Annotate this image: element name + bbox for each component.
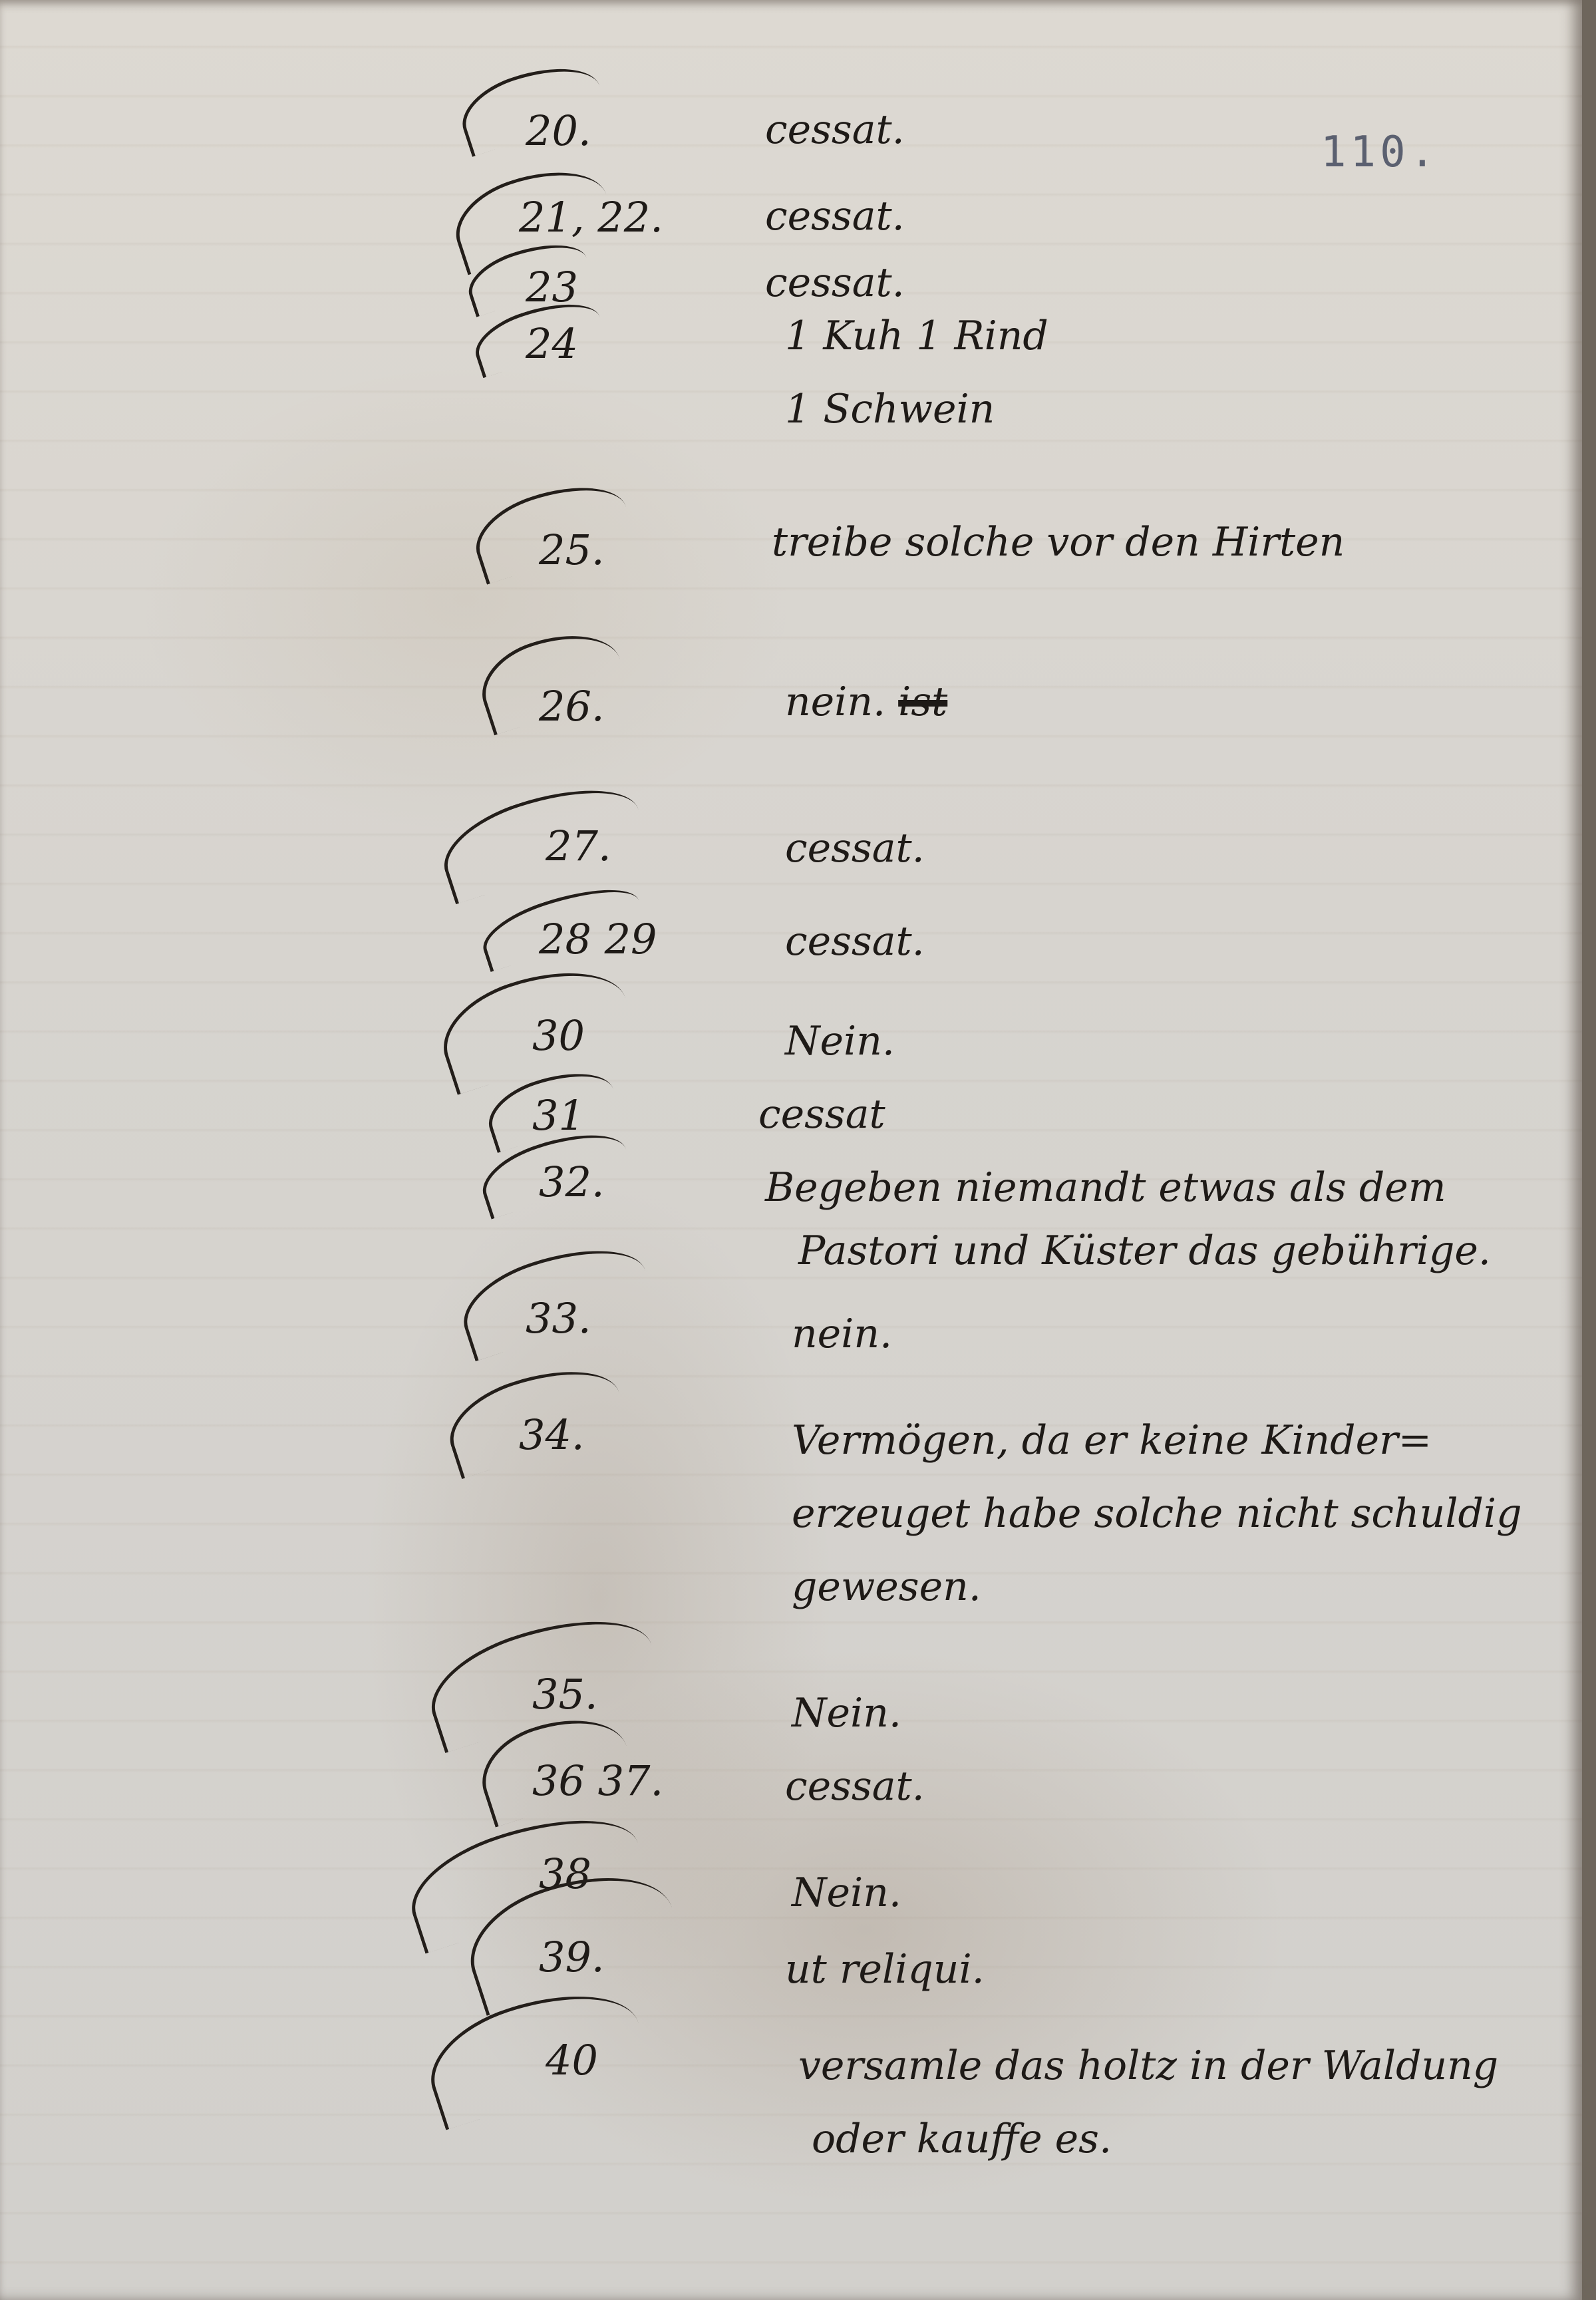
entry-number: 27. [546,822,611,870]
entry-number: 24 [526,319,578,368]
entry-text-line-2: Pastori und Küster das gebührige. [798,1214,1491,1287]
entry-number: 31 [532,1091,585,1140]
entry-number: 32. [539,1158,605,1206]
entry-number: 36 37. [532,1756,663,1805]
entry-number: 25. [539,526,605,574]
page-number: 110. [1321,128,1439,177]
entry-number: 40 [546,2036,598,2084]
entry-number: 26. [539,682,605,731]
entry-text: ut reliqui. [785,1933,985,2006]
number-swash-icon [432,769,649,905]
entry-text: cessat [758,1078,885,1151]
entry-text-line-2: 1 Schwein [785,373,995,446]
entry-number: 28 29 [539,915,657,963]
entry-text-line-3: gewesen. [792,1550,981,1623]
entry-number: 21, 22. [519,193,663,242]
entry-text-line-2: oder kauffe es. [812,2102,1112,2176]
entry-text: cessat. [785,905,925,978]
entry-number: 35. [532,1670,598,1719]
entry-number: 34. [519,1410,585,1459]
entry-text: cessat. [765,93,905,166]
entry-number: 33. [526,1294,591,1343]
entry-text: cessat. [765,180,905,253]
entry-number: 39. [539,1933,605,1981]
entry-text: Nein. [792,1856,901,1929]
entry-number: 20. [526,106,591,155]
entry-text: 1 Kuh 1 Rind [785,299,1048,373]
entry-text: cessat. [785,812,925,885]
entry-text: Vermögen, da er keine Kinder= [792,1404,1432,1477]
entry-text: nein. ist [785,665,947,739]
entry-text: versamle das holtz in der Waldung [798,2029,1498,2102]
entry-number: 30 [532,1011,585,1060]
entry-text: cessat. [785,1750,925,1823]
entry-text: Nein. [792,1677,901,1750]
manuscript-page: 110. 20. cessat. 21, 22. cessat. 23 cess… [0,0,1582,2300]
entry-text: nein. [792,1297,892,1371]
entry-text-line-2: erzeuget habe solche nicht schuldig [792,1477,1522,1550]
entry-text: treibe solche vor den Hirten [772,506,1345,579]
entry-text-main: nein. [785,679,885,725]
entry-text: Nein. [785,1005,895,1078]
struck-text: ist [898,679,947,725]
entry-text: Begeben niemandt etwas als dem [765,1151,1446,1224]
